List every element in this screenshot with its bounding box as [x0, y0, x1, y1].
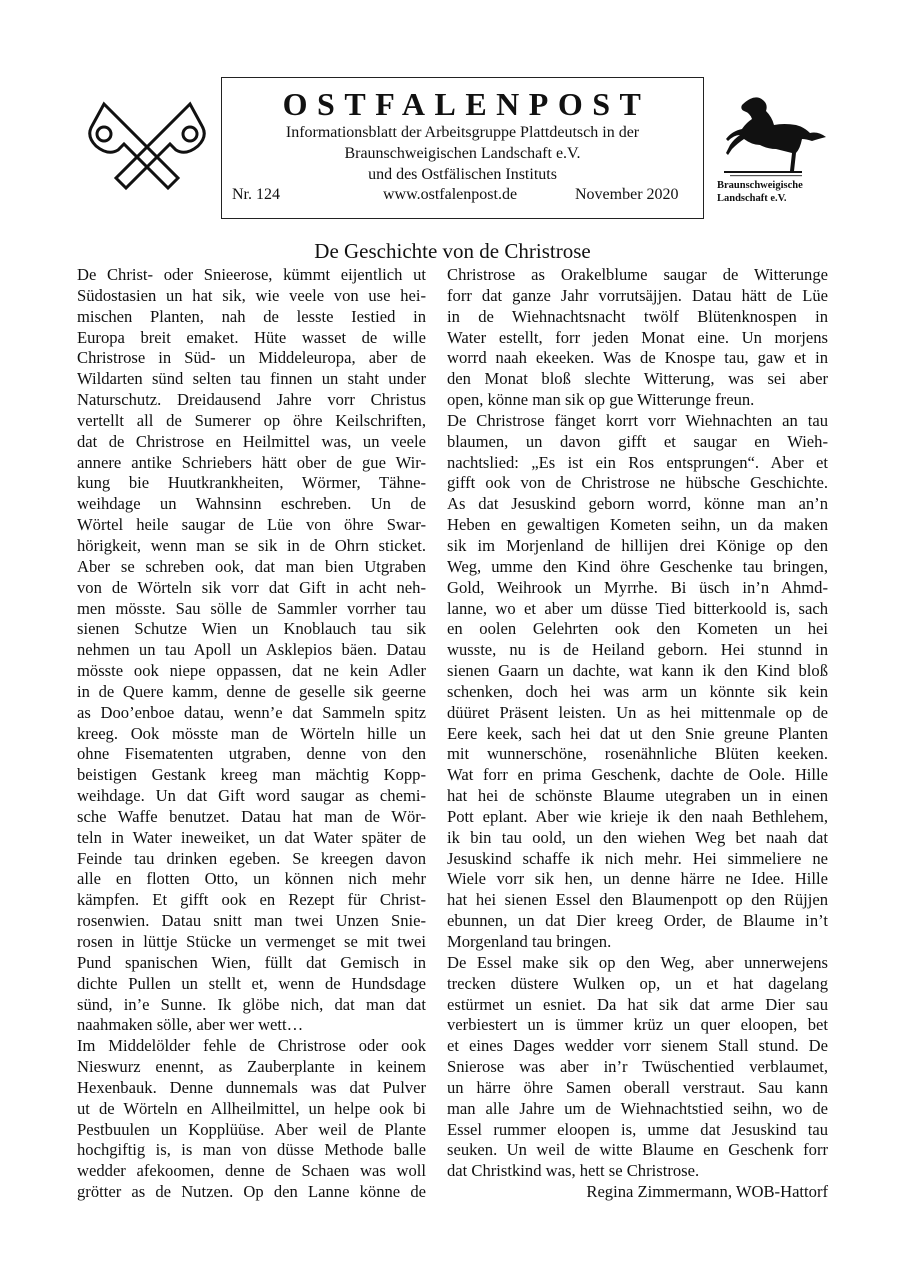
text-line: un härre öhre Samen oberall verstraut. S…	[447, 1078, 828, 1099]
text-line: weihdage. Un dat Gift word saugar as che…	[77, 786, 426, 807]
text-line: sche Waffe benutzet. Datau hat man de Wö…	[77, 807, 426, 828]
text-line: Nieswurz enennt, as Zauberplante in kein…	[77, 1057, 426, 1078]
article-column-left: De Christ- oder Snieerose, kümmt eijentl…	[77, 265, 426, 1203]
text-line: en oolen Gelehrten ook den Kometen un he…	[447, 619, 828, 640]
masthead-box: OSTFALENPOST Informationsblatt der Arbei…	[221, 77, 704, 219]
text-line: Water estellt, forr jeden Monat eine. Un…	[447, 328, 828, 349]
braunschweigische-landschaft-logo: Braunschweigische Landschaft e.V.	[715, 95, 835, 225]
subtitle-line-2: Braunschweigischen Landschaft e.V.	[222, 144, 703, 163]
text-line: Wörtel heile saugar de Lüe von öhre Swar…	[77, 515, 426, 536]
text-line: estürmet un esniet. Da hat sik dat arme …	[447, 995, 828, 1016]
text-line: von de Wörteln sik vorr dat Gift in acht…	[77, 578, 426, 599]
text-line: in de Wiehnachtsnacht twölf Blütenknospe…	[447, 307, 828, 328]
text-line: verbiestert un is ümmer krüz un quer elo…	[447, 1015, 828, 1036]
text-line: schenken, doch hei was arm un könnte sik…	[447, 682, 828, 703]
text-line: lanne, wo et aber um düsse Tied bitterko…	[447, 599, 828, 620]
horse-icon	[720, 95, 830, 177]
text-line: man alle Jahre um de Wiehnachtstied seih…	[447, 1099, 828, 1120]
masthead-title: OSTFALENPOST	[222, 86, 703, 122]
text-line: Wildarten sünd selten tau finnen un stah…	[77, 369, 426, 390]
text-line: düüret Präsent leisten. Un as hei mitten…	[447, 703, 828, 724]
text-line: Eere keek, sach hei dat ut den Snie greu…	[447, 724, 828, 745]
text-line: seuken. Un weil de witte Blaume en Gesch…	[447, 1140, 828, 1161]
text-line: Aber se schreben ook, dat man bien Utgra…	[77, 557, 426, 578]
text-line: as Doo’enboe datau, wenn’e dat Sammeln s…	[77, 703, 426, 724]
text-line: nehmen un tau Apoll un Asklepios bäen. D…	[77, 640, 426, 661]
text-line: sünd, in’e Sunne. Ik glöbe nich, dat man…	[77, 995, 426, 1016]
crossed-keys-icon	[82, 96, 212, 196]
text-line: Pott eplant. Aber wie krieje ik den naah…	[447, 807, 828, 828]
text-line: Wat forr en prima Geschenk, dachte de Oo…	[447, 765, 828, 786]
article-column-right: Christrose as Orakelblume saugar de Witt…	[447, 265, 828, 1203]
text-line: et eines Dages wedder vorr sienem Stall …	[447, 1036, 828, 1057]
crossed-keys-logo	[82, 96, 212, 196]
text-line: Im Middelölder fehle de Christrose oder …	[77, 1036, 426, 1057]
text-line: De Essel make sik op den Weg, aber unner…	[447, 953, 828, 974]
text-line: Morgenland tau bringen.	[447, 932, 828, 953]
text-line: forr dat ganze Jahr vorrutsäjjen. Datau …	[447, 286, 828, 307]
text-line: De Christrose fänget korrt vorr Wiehnach…	[447, 411, 828, 432]
text-line: ik bin tau oold, un den wiehen Weg bet n…	[447, 828, 828, 849]
text-line: Europa breit emaket. Hüte wasset de will…	[77, 328, 426, 349]
text-line: Heben en gewaltigen Kometen seihn, un da…	[447, 515, 828, 536]
text-line: Südostasien un hat sik, wie veele von us…	[77, 286, 426, 307]
text-line: grötter as de Nutzen. Op den Lanne könne…	[77, 1182, 426, 1203]
text-line: hat hei de schönste Blaume utegraben un …	[447, 786, 828, 807]
text-line: annere antike Schriebers hätt ober de gu…	[77, 453, 426, 474]
text-line: Gold, Weihrook un Myrrhe. Bi üsch in’n A…	[447, 578, 828, 599]
article-title: De Geschichte von de Christrose	[0, 238, 905, 264]
text-line: ohne Fisematenten utgraben, denne von de…	[77, 744, 426, 765]
text-line: dat Christkind was, hett se Christrose.	[447, 1161, 828, 1182]
author-signature: Regina Zimmermann, WOB-Hattorf	[447, 1182, 828, 1203]
text-line: open, könne man sik op gue Witterunge fr…	[447, 390, 828, 411]
text-line: hat hei sienen Essel den Blaumenpott op …	[447, 890, 828, 911]
text-line: mischen Planten, nah de lesste Iestied i…	[77, 307, 426, 328]
text-line: beistigen Gestank kreeg man mächtig Kopp…	[77, 765, 426, 786]
text-line: Wiele vorr sik hen, un denne härre ne Id…	[447, 869, 828, 890]
text-line: Jesuskind schaffe ik nich mehr. Hei simm…	[447, 849, 828, 870]
text-line: worrd naah ekeeken. Was de Knospe tau, g…	[447, 348, 828, 369]
text-line: Hexenbauk. Denne dunnemals was dat Pulve…	[77, 1078, 426, 1099]
text-line: mit wunnerschöne, rosenähnliche Blüten k…	[447, 744, 828, 765]
text-line: Essel rummer eloopen is, umme dat Jesusk…	[447, 1120, 828, 1141]
text-line: Snierose was aber in’r Twüschentied verb…	[447, 1057, 828, 1078]
text-line: rosen in lüttje Stücke un vermenget se m…	[77, 932, 426, 953]
text-line: hochgiftig is, is man von düsse Methode …	[77, 1140, 426, 1161]
text-line: Weg, umme den Kind öhre Geschenke tau br…	[447, 557, 828, 578]
text-line: dichte Pullen un stellt et, wenn de Hund…	[77, 974, 426, 995]
text-line: den Monat bloß slechte Witterung, was se…	[447, 369, 828, 390]
text-line: blaumen, un davon gifft et saugar en Wie…	[447, 432, 828, 453]
text-line: kung bie Huutkrankheiten, Wörmer, Tähne-	[77, 473, 426, 494]
logo-caption: Braunschweigische Landschaft e.V.	[717, 179, 803, 205]
text-line: hörigkeit, wenn man se sik in de Ohrn st…	[77, 536, 426, 557]
text-line: ut de Wörteln en Allheilmittel, un helpe…	[77, 1099, 426, 1120]
text-line: sienen Gaarn un dachte, wat kann ik den …	[447, 661, 828, 682]
text-line: Christrose in Süd- un Middeleuropa, aber…	[77, 348, 426, 369]
issue-date: November 2020	[575, 185, 679, 204]
text-line: Naturschutz. Dreidausend Jahre vorr Chri…	[77, 390, 426, 411]
text-line: kreeg. Ook mösste man de Wörteln hille u…	[77, 724, 426, 745]
text-line: in de Quere kamm, denne de geselle sik g…	[77, 682, 426, 703]
issue-number: Nr. 124	[232, 185, 280, 204]
text-line: Feinde tau drinken egeben. Se kreegen da…	[77, 849, 426, 870]
text-line: nachtslied: „Es ist ein Ros entsprungen“…	[447, 453, 828, 474]
text-line: mösste ook niepe oppassen, dat ne kein A…	[77, 661, 426, 682]
text-line: Pestbuulen un Kopplüüse. Aber weil de Pl…	[77, 1120, 426, 1141]
subtitle-line-3: und des Ostfälischen Instituts	[222, 165, 703, 184]
text-line: alle en flotten Otto, un können nich meh…	[77, 869, 426, 890]
subtitle-line-1: Informationsblatt der Arbeitsgruppe Plat…	[222, 123, 703, 142]
text-line: wedder afekoomen, denne de Schaen was wo…	[77, 1161, 426, 1182]
text-line: kämpfen. Et gifft ook en Rezept für Chri…	[77, 890, 426, 911]
text-line: vertellt all de Sumerer op öhre Keilschr…	[77, 411, 426, 432]
text-line: sik im Morjenland de hillijen drei König…	[447, 536, 828, 557]
logo-caption-line-2: Landschaft e.V.	[717, 192, 803, 205]
text-line: De Christ- oder Snieerose, kümmt eijentl…	[77, 265, 426, 286]
text-line: weihdage un Wahnsinn eschreben. Un de	[77, 494, 426, 515]
text-line: gifft ook von de Christrose ne hübsche G…	[447, 473, 828, 494]
text-line: wusste, nu is de Heiland geborn. Hei stu…	[447, 640, 828, 661]
text-line: trecken düstere Wulken op, un et hat dag…	[447, 974, 828, 995]
text-line: As dat Jesuskind geborn worrd, könne man…	[447, 494, 828, 515]
text-line: teln in Water ineweiket, un dat Water sp…	[77, 828, 426, 849]
text-line: rosenwien. Datau snitt man twei Unzen Sn…	[77, 911, 426, 932]
text-line: ebunnen, un dat Dier kreeg Order, de Bla…	[447, 911, 828, 932]
text-line: naahmaken sölle, aber wer wett…	[77, 1015, 426, 1036]
text-line: sienen Schutze Wien un Knoblauch tau sik	[77, 619, 426, 640]
text-line: men mösste. Sau sölle de Sammler vorrher…	[77, 599, 426, 620]
text-line: Pund spanischen Wien, füllt dat Gemisch …	[77, 953, 426, 974]
logo-caption-line-1: Braunschweigische	[717, 179, 803, 192]
text-line: Christrose as Orakelblume saugar de Witt…	[447, 265, 828, 286]
website-link[interactable]: www.ostfalenpost.de	[383, 185, 517, 204]
text-line: dat de Christrose en Heilmittel was, un …	[77, 432, 426, 453]
